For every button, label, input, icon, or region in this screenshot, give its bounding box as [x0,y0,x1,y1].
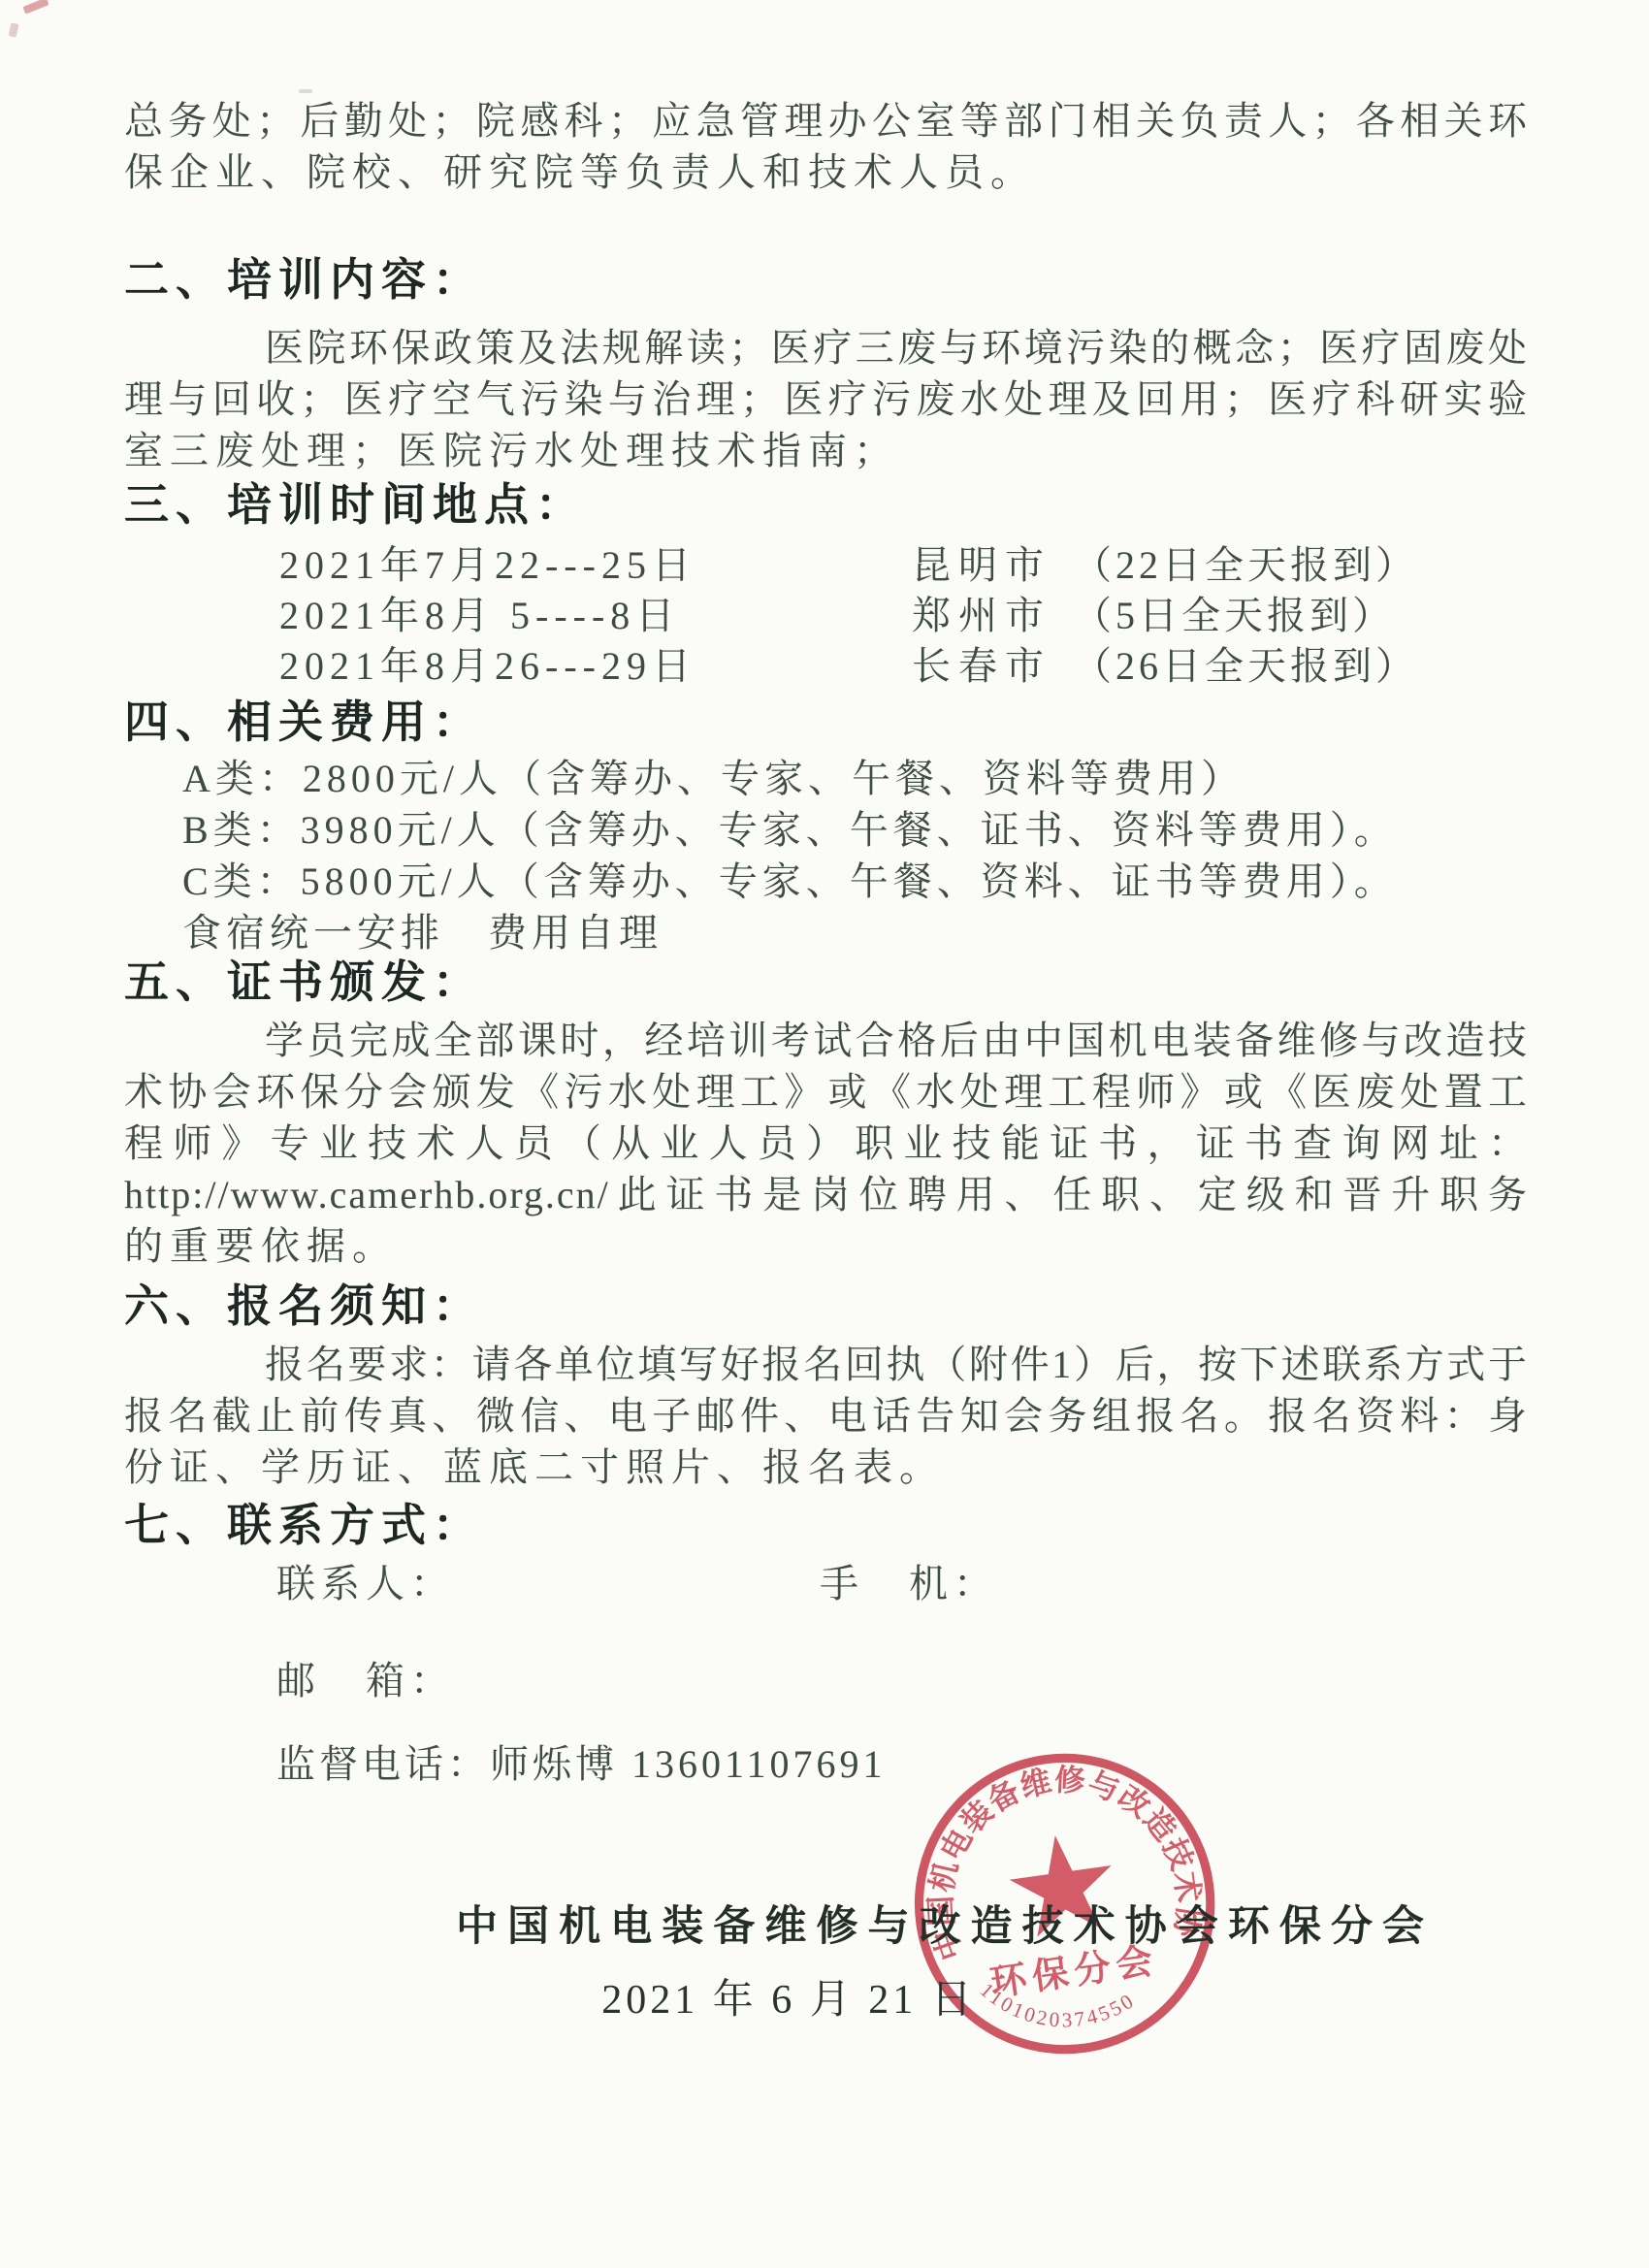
section-heading-training-content: 二、培训内容： [124,252,484,308]
scanned-document-page: 总务处；后勤处；院感科；应急管理办公室等部门相关负责人；各相关环 保企业、院校、… [0,0,1649,2268]
fee-line: 食宿统一安排 费用自理 [182,907,1529,958]
supervision-phone: 监督电话：师烁博 13601107691 [276,1738,887,1790]
schedule-date: 2021年8月 5----8日 [279,590,680,641]
contact-mobile-label: 手 机： [820,1558,998,1609]
fee-line: B类：3980元/人（含筹办、专家、午餐、证书、资料等费用）。 [182,804,1529,856]
fee-line: C类：5800元/人（含筹办、专家、午餐、资料、证书等费用）。 [182,856,1529,907]
scan-artifact [9,22,19,37]
content-line: 室三废处理；医院污水处理技术指南； [124,425,1529,476]
content-line: 理与回收；医疗空气污染与治理；医疗污废水处理及回用；医疗科研实验 [124,373,1529,425]
section-heading-certificate: 五、证书颁发： [124,955,484,1011]
section-heading-fees: 四、相关费用： [124,695,484,751]
intro-paragraph: 总务处；后勤处；院感科；应急管理办公室等部门相关负责人；各相关环 保企业、院校、… [124,95,1529,198]
schedule-note: （22日全天报到） [1073,539,1418,591]
training-content-paragraph: 医院环保政策及法规解读；医疗三废与环境污染的概念；医疗固废处 理与回收；医疗空气… [124,322,1529,476]
content-line: 医院环保政策及法规解读；医疗三废与环境污染的概念；医疗固废处 [124,322,1529,373]
schedule-city: 郑州市 [912,590,1051,641]
certificate-line: 术协会环保分会颁发《污水处理工》或《水处理工程师》或《医废处置工 [124,1066,1529,1118]
section-heading-contact: 七、联系方式： [124,1498,484,1554]
signature-date: 2021 年 6 月 21 日 [580,1967,997,2025]
schedule-row: 2021年8月 5----8日 郑州市 （5日全天报到） [124,590,1529,641]
contact-email-label: 邮 箱： [276,1655,455,1706]
enrollment-paragraph: 报名要求：请各单位填写好报名回执（附件1）后，按下述联系方式于 报名截止前传真、… [124,1339,1529,1493]
schedule-note: （5日全天报到） [1073,590,1395,641]
schedule-date: 2021年7月22---25日 [279,539,696,591]
schedule-date: 2021年8月26---29日 [279,640,696,692]
section-heading-enrollment: 六、报名须知： [124,1279,484,1335]
signature-organization: 中国机电装备维修与改造技术协会环保分会 [456,1894,1426,1953]
enrollment-line: 份证、学历证、蓝底二寸照片、报名表。 [124,1442,1529,1493]
enrollment-line: 报名截止前传真、微信、电子邮件、电话告知会务组报名。报名资料：身 [124,1390,1529,1442]
certificate-line: 的重要依据。 [124,1220,1529,1272]
certificate-line: 学员完成全部课时，经培训考试合格后由中国机电装备维修与改造技 [124,1015,1529,1066]
schedule-city: 昆明市 [912,539,1051,591]
schedule-city: 长春市 [912,640,1051,692]
certificate-paragraph: 学员完成全部课时，经培训考试合格后由中国机电装备维修与改造技 术协会环保分会颁发… [124,1015,1529,1272]
certificate-line: 程师》专业技术人员（从业人员）职业技能证书，证书查询网址： [124,1118,1529,1169]
enrollment-line: 报名要求：请各单位填写好报名回执（附件1）后，按下述联系方式于 [124,1339,1529,1390]
schedule-row: 2021年7月22---25日 昆明市 （22日全天报到） [124,539,1529,591]
fee-line: A类：2800元/人（含筹办、专家、午餐、资料等费用） [182,753,1529,804]
fees-paragraph: A类：2800元/人（含筹办、专家、午餐、资料等费用） B类：3980元/人（含… [124,753,1529,958]
schedule-row: 2021年8月26---29日 长春市 （26日全天报到） [124,640,1529,692]
scan-artifact [22,0,48,15]
scan-artifact [299,89,312,93]
intro-line: 保企业、院校、研究院等负责人和技术人员。 [124,146,1529,198]
intro-line: 总务处；后勤处；院感科；应急管理办公室等部门相关负责人；各相关环 [124,95,1529,146]
contact-person-label: 联系人： [276,1558,455,1609]
certificate-url-line: http://www.camerhb.org.cn/此证书是岗位聘用、任职、定级… [124,1169,1529,1220]
section-heading-schedule: 三、培训时间地点： [124,477,587,534]
schedule-note: （26日全天报到） [1073,640,1418,692]
